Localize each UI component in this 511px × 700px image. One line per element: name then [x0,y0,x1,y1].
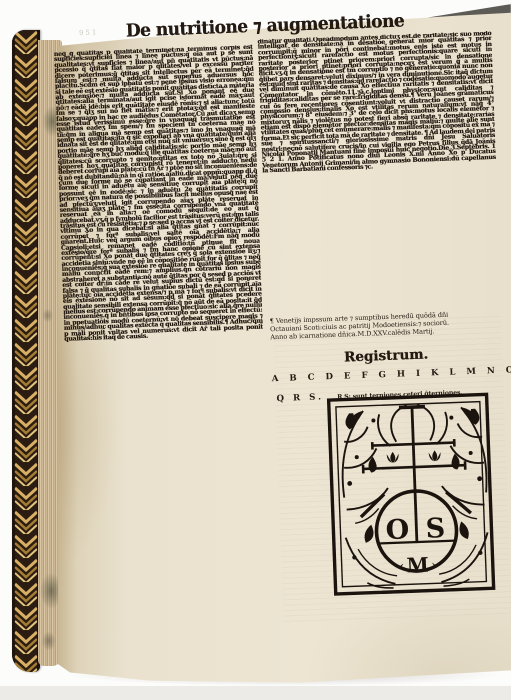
gilt-leather-board-edge [12,30,40,672]
gold-chevron-tooling-icon [12,30,40,672]
device-mark-right: › [431,558,436,571]
text-column-right: dinatur qualitati.Quēadmodum antes dictu… [257,31,501,307]
device-letter-o: O [385,514,410,546]
printers-device-woodcut-icon: O S M ‹ › [327,392,496,596]
text-column-left: neq̃ q̄ quātitas p qualitatē terminet̃:n… [54,45,273,608]
device-mark-left: ‹ [399,560,404,573]
device-letter-s: S [425,513,446,545]
device-letter-m: M [406,553,429,578]
book-photograph: 951 De nutritione ⁊ augmentatione neq̃ q… [0,0,511,700]
backdrop-bottom-strip [0,686,511,700]
registrum-letters: Q R S. [276,392,324,404]
printed-page-content: 951 De nutritione ⁊ augmentatione neq̃ q… [47,14,511,680]
